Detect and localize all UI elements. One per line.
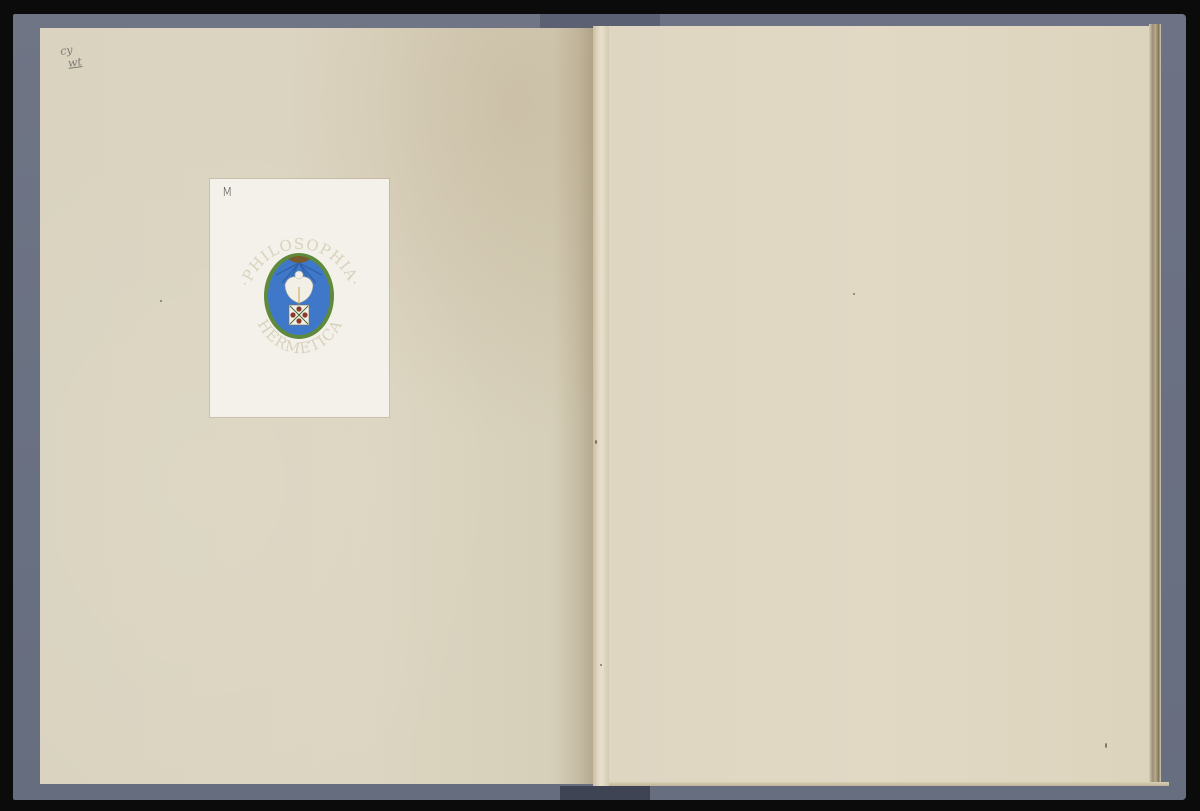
paper-speck [1105, 743, 1107, 748]
hinge-stain [555, 28, 593, 784]
bookplate-emblem-icon: ·PHILOSOPHIA· HERMETICA [210, 179, 389, 417]
text-block-fore-edge [1149, 24, 1161, 782]
spine-bottom-edge [560, 786, 650, 800]
flyleaf-page [609, 26, 1149, 784]
text-block-bottom-edge [609, 782, 1169, 786]
paper-speck [853, 293, 855, 295]
paper-speck [160, 300, 162, 302]
paper-speck [595, 440, 597, 444]
paper-speck [600, 664, 602, 666]
pencil-annotation: cy wt [59, 39, 104, 84]
book-gutter [593, 26, 609, 786]
bookplate: M ·PHILOSOPHIA· HERMETICA [210, 179, 389, 417]
book-scan: cy wt M ·PHILOSOPHIA· HERMETICA [0, 0, 1200, 811]
